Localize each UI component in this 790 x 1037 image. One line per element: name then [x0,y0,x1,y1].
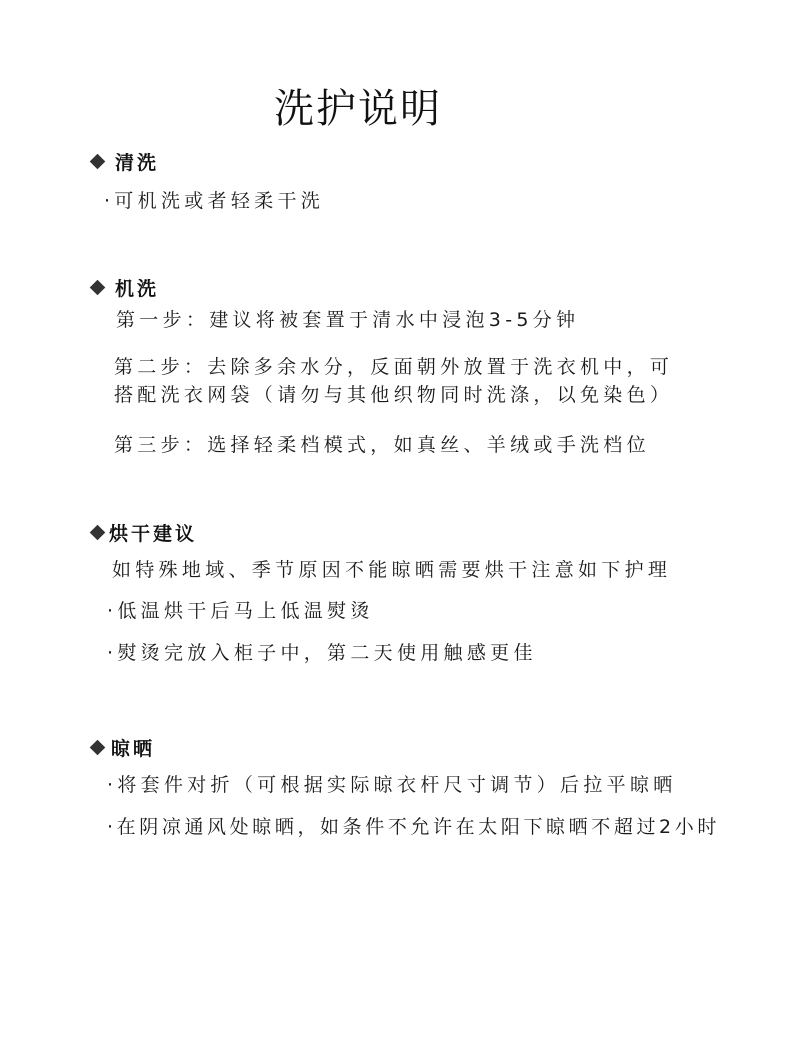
air-drying-tip-2: ·在阴凉通风处晾晒，如条件不允许在太阳下晾晒不超过2小时 [107,814,720,840]
diamond-bullet-icon [90,280,106,296]
section-heading-label: 清洗 [115,152,159,174]
diamond-bullet-icon [90,525,106,541]
section-heading-drying: 烘干建议 [92,521,197,547]
machine-wash-step-2-line-2: 搭配洗衣网袋（请勿与其他织物同时洗涤，以免染色） [114,382,673,408]
diamond-bullet-icon [90,154,106,170]
diamond-bullet-icon [90,740,106,756]
drying-intro: 如特殊地域、季节原因不能晾晒需要烘干注意如下护理 [112,557,671,583]
cleaning-note: ·可机洗或者轻柔干洗 [104,188,324,214]
drying-tip-2: ·熨烫完放入柜子中，第二天使用触感更佳 [107,640,537,666]
section-heading-air-drying: 晾晒 [92,736,155,762]
machine-wash-step-1: 第一步：建议将被套置于清水中浸泡3-5分钟 [116,307,579,333]
drying-tip-1: ·低温烘干后马上低温熨烫 [107,598,374,624]
air-drying-tip-1: ·将套件对折（可根据实际晾衣杆尺寸调节）后拉平晾晒 [107,772,677,798]
section-heading-cleaning: 清洗 [92,150,159,176]
section-heading-label: 机洗 [115,278,159,300]
machine-wash-step-2-line-1: 第二步：去除多余水分，反面朝外放置于洗衣机中，可 [114,354,673,380]
section-heading-label: 烘干建议 [109,523,197,545]
machine-wash-step-3: 第三步：选择轻柔档模式，如真丝、羊绒或手洗档位 [114,432,650,458]
section-heading-label: 晾晒 [111,738,155,760]
page-title: 洗护说明 [0,81,716,137]
section-heading-machine-wash: 机洗 [92,276,159,302]
